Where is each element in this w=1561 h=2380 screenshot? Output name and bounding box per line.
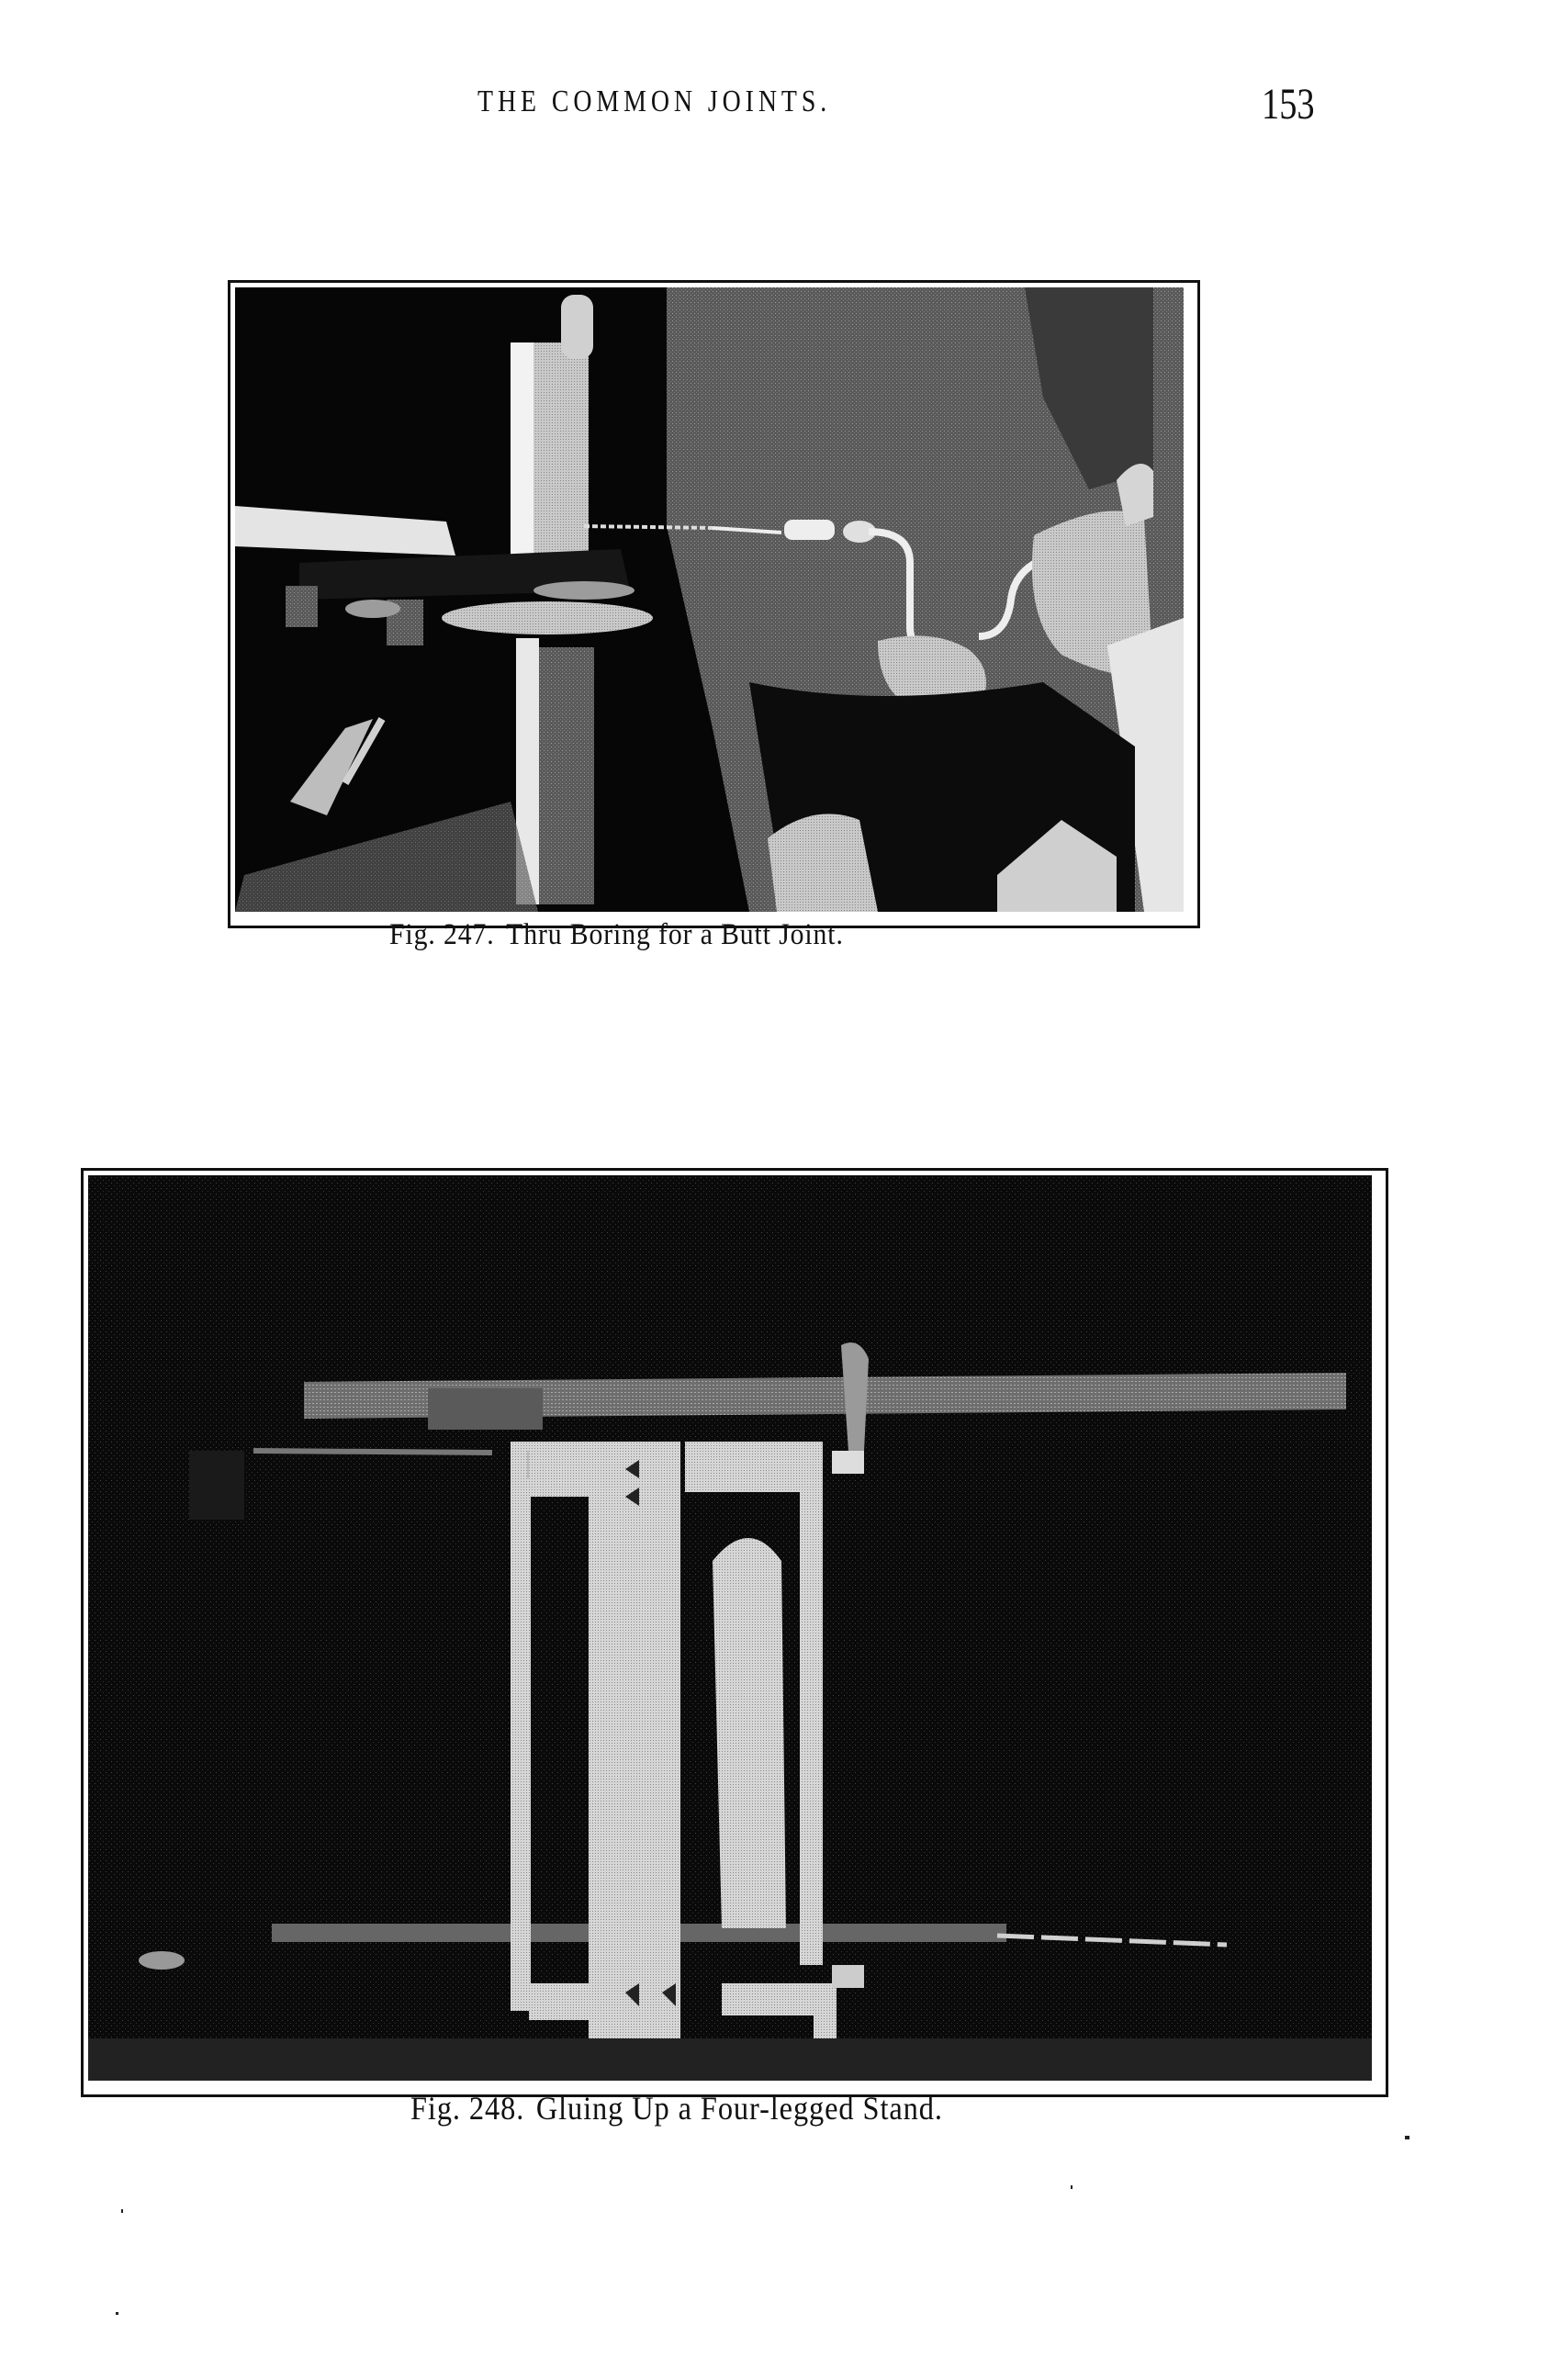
scan-speck <box>1405 2136 1409 2139</box>
figure-247-label: Fig. 247. <box>389 918 495 951</box>
boring-photo-illustration <box>235 287 1184 912</box>
running-head: THE COMMON JOINTS. <box>477 84 831 119</box>
scan-speck <box>1071 2185 1072 2189</box>
figure-248-caption-text: Gluing Up a Four-legged Stand. <box>536 2090 943 2127</box>
figure-247-photo <box>228 280 1200 928</box>
scan-speck <box>116 2312 118 2315</box>
scan-speck <box>121 2209 123 2213</box>
figure-248-label: Fig. 248. <box>410 2090 524 2127</box>
figure-248-caption: Fig. 248.Gluing Up a Four-legged Stand. <box>410 2089 943 2127</box>
figure-247-caption: Fig. 247.Thru Boring for a Butt Joint. <box>389 918 844 952</box>
gluing-photo-illustration <box>88 1175 1372 2081</box>
page-number: 153 <box>1262 79 1315 129</box>
figure-247-caption-text: Thru Boring for a Butt Joint. <box>506 918 844 951</box>
figure-248-photo <box>81 1168 1388 2097</box>
